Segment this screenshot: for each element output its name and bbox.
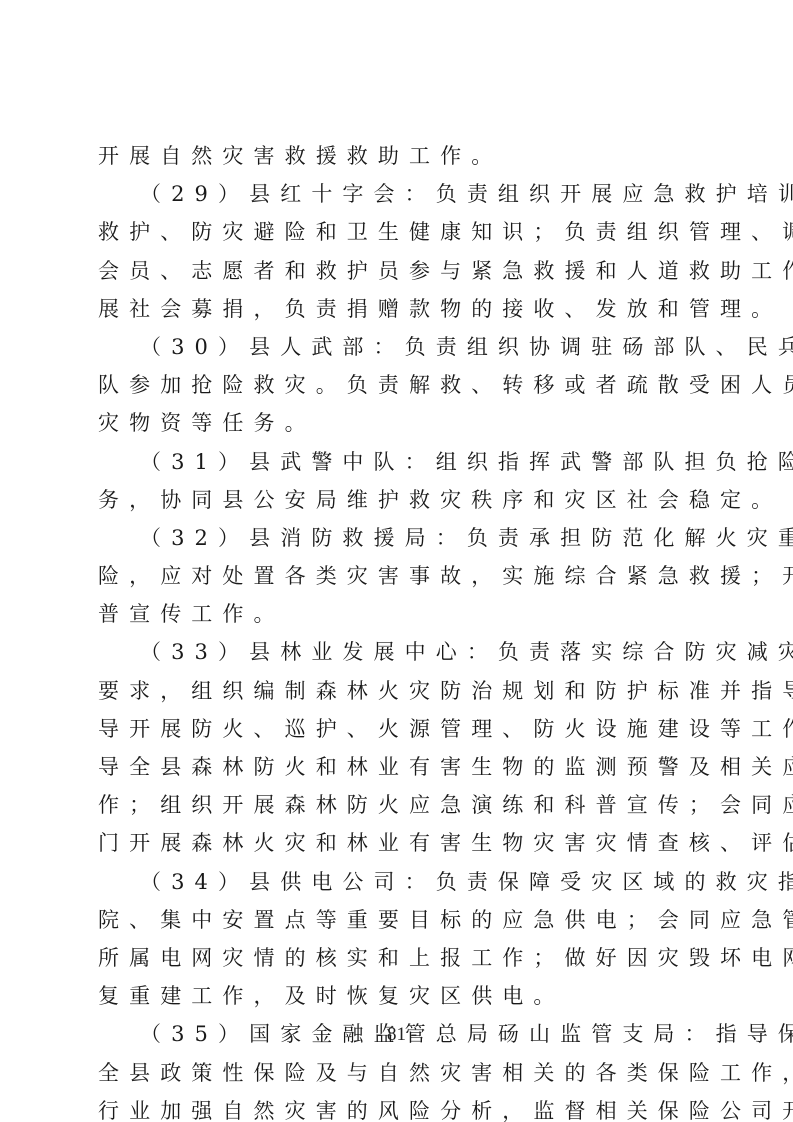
text-line: 复重建工作，及时恢复灾区供电。 xyxy=(98,977,696,1015)
text-line: 会员、志愿者和救护员参与紧急救援和人道救助工作；依法开 xyxy=(98,252,696,290)
paragraph-32-start: （32）县消防救援局：负责承担防范化解火灾重大安全风 xyxy=(98,519,696,557)
paragraph-34-start: （34）县供电公司：负责保障受灾区域的救灾指挥部、医 xyxy=(98,863,696,901)
text-line: 灾物资等任务。 xyxy=(98,404,696,442)
paragraph-30-start: （30）县人武部：负责组织协调驻砀部队、民兵、预备役部 xyxy=(98,328,696,366)
text-line: 所属电网灾情的核实和上报工作；做好因灾毁坏电网设施的修 xyxy=(98,939,696,977)
paragraph-33-start: （33）县林业发展中心：负责落实综合防灾减灾规划相关 xyxy=(98,633,696,671)
text-line: 险，应对处置各类灾害事故，实施综合紧急救援；开展消防科 xyxy=(98,557,696,595)
text-line: 导全县森林防火和林业有害生物的监测预警及相关应急处置工 xyxy=(98,748,696,786)
text-line: 行业加强自然灾害的风险分析，监督相关保险公司开展查勘理 xyxy=(98,1092,696,1122)
text-line: 门开展森林火灾和林业有害生物灾害灾情查核、评估工作。 xyxy=(98,824,696,862)
text-line: 展社会募捐，负责捐赠款物的接收、发放和管理。 xyxy=(98,290,696,328)
text-line: 队参加抢险救灾。负责解救、转移或者疏散受困人员，运送救 xyxy=(98,366,696,404)
text-line: 导开展防火、巡护、火源管理、防火设施建设等工作；组织指 xyxy=(98,710,696,748)
text-line: 作；组织开展森林防火应急演练和科普宣传；会同应急管理部 xyxy=(98,786,696,824)
paragraph-31-start: （31）县武警中队：组织指挥武警部队担负抢险救援任 xyxy=(98,443,696,481)
paragraph-29-start: （29）县红十字会：负责组织开展应急救护培训，普及应急 xyxy=(98,175,696,213)
text-line: 务，协同县公安局维护救灾秩序和灾区社会稳定。 xyxy=(98,481,696,519)
document-body: 开展自然灾害救援救助工作。 （29）县红十字会：负责组织开展应急救护培训，普及应… xyxy=(98,137,696,1122)
text-line: 普宣传工作。 xyxy=(98,595,696,633)
text-line: 开展自然灾害救援救助工作。 xyxy=(98,137,696,175)
text-line: 全县政策性保险及与自然灾害相关的各类保险工作，引导保险 xyxy=(98,1054,696,1092)
page-number: - 81 - xyxy=(0,1024,793,1046)
text-line: 救护、防灾避险和卫生健康知识；负责组织管理、调配红十字 xyxy=(98,213,696,251)
text-line: 院、集中安置点等重要目标的应急供电；会同应急管理局做好 xyxy=(98,901,696,939)
text-line: 要求，组织编制森林火灾防治规划和防护标准并指导实施；指 xyxy=(98,672,696,710)
